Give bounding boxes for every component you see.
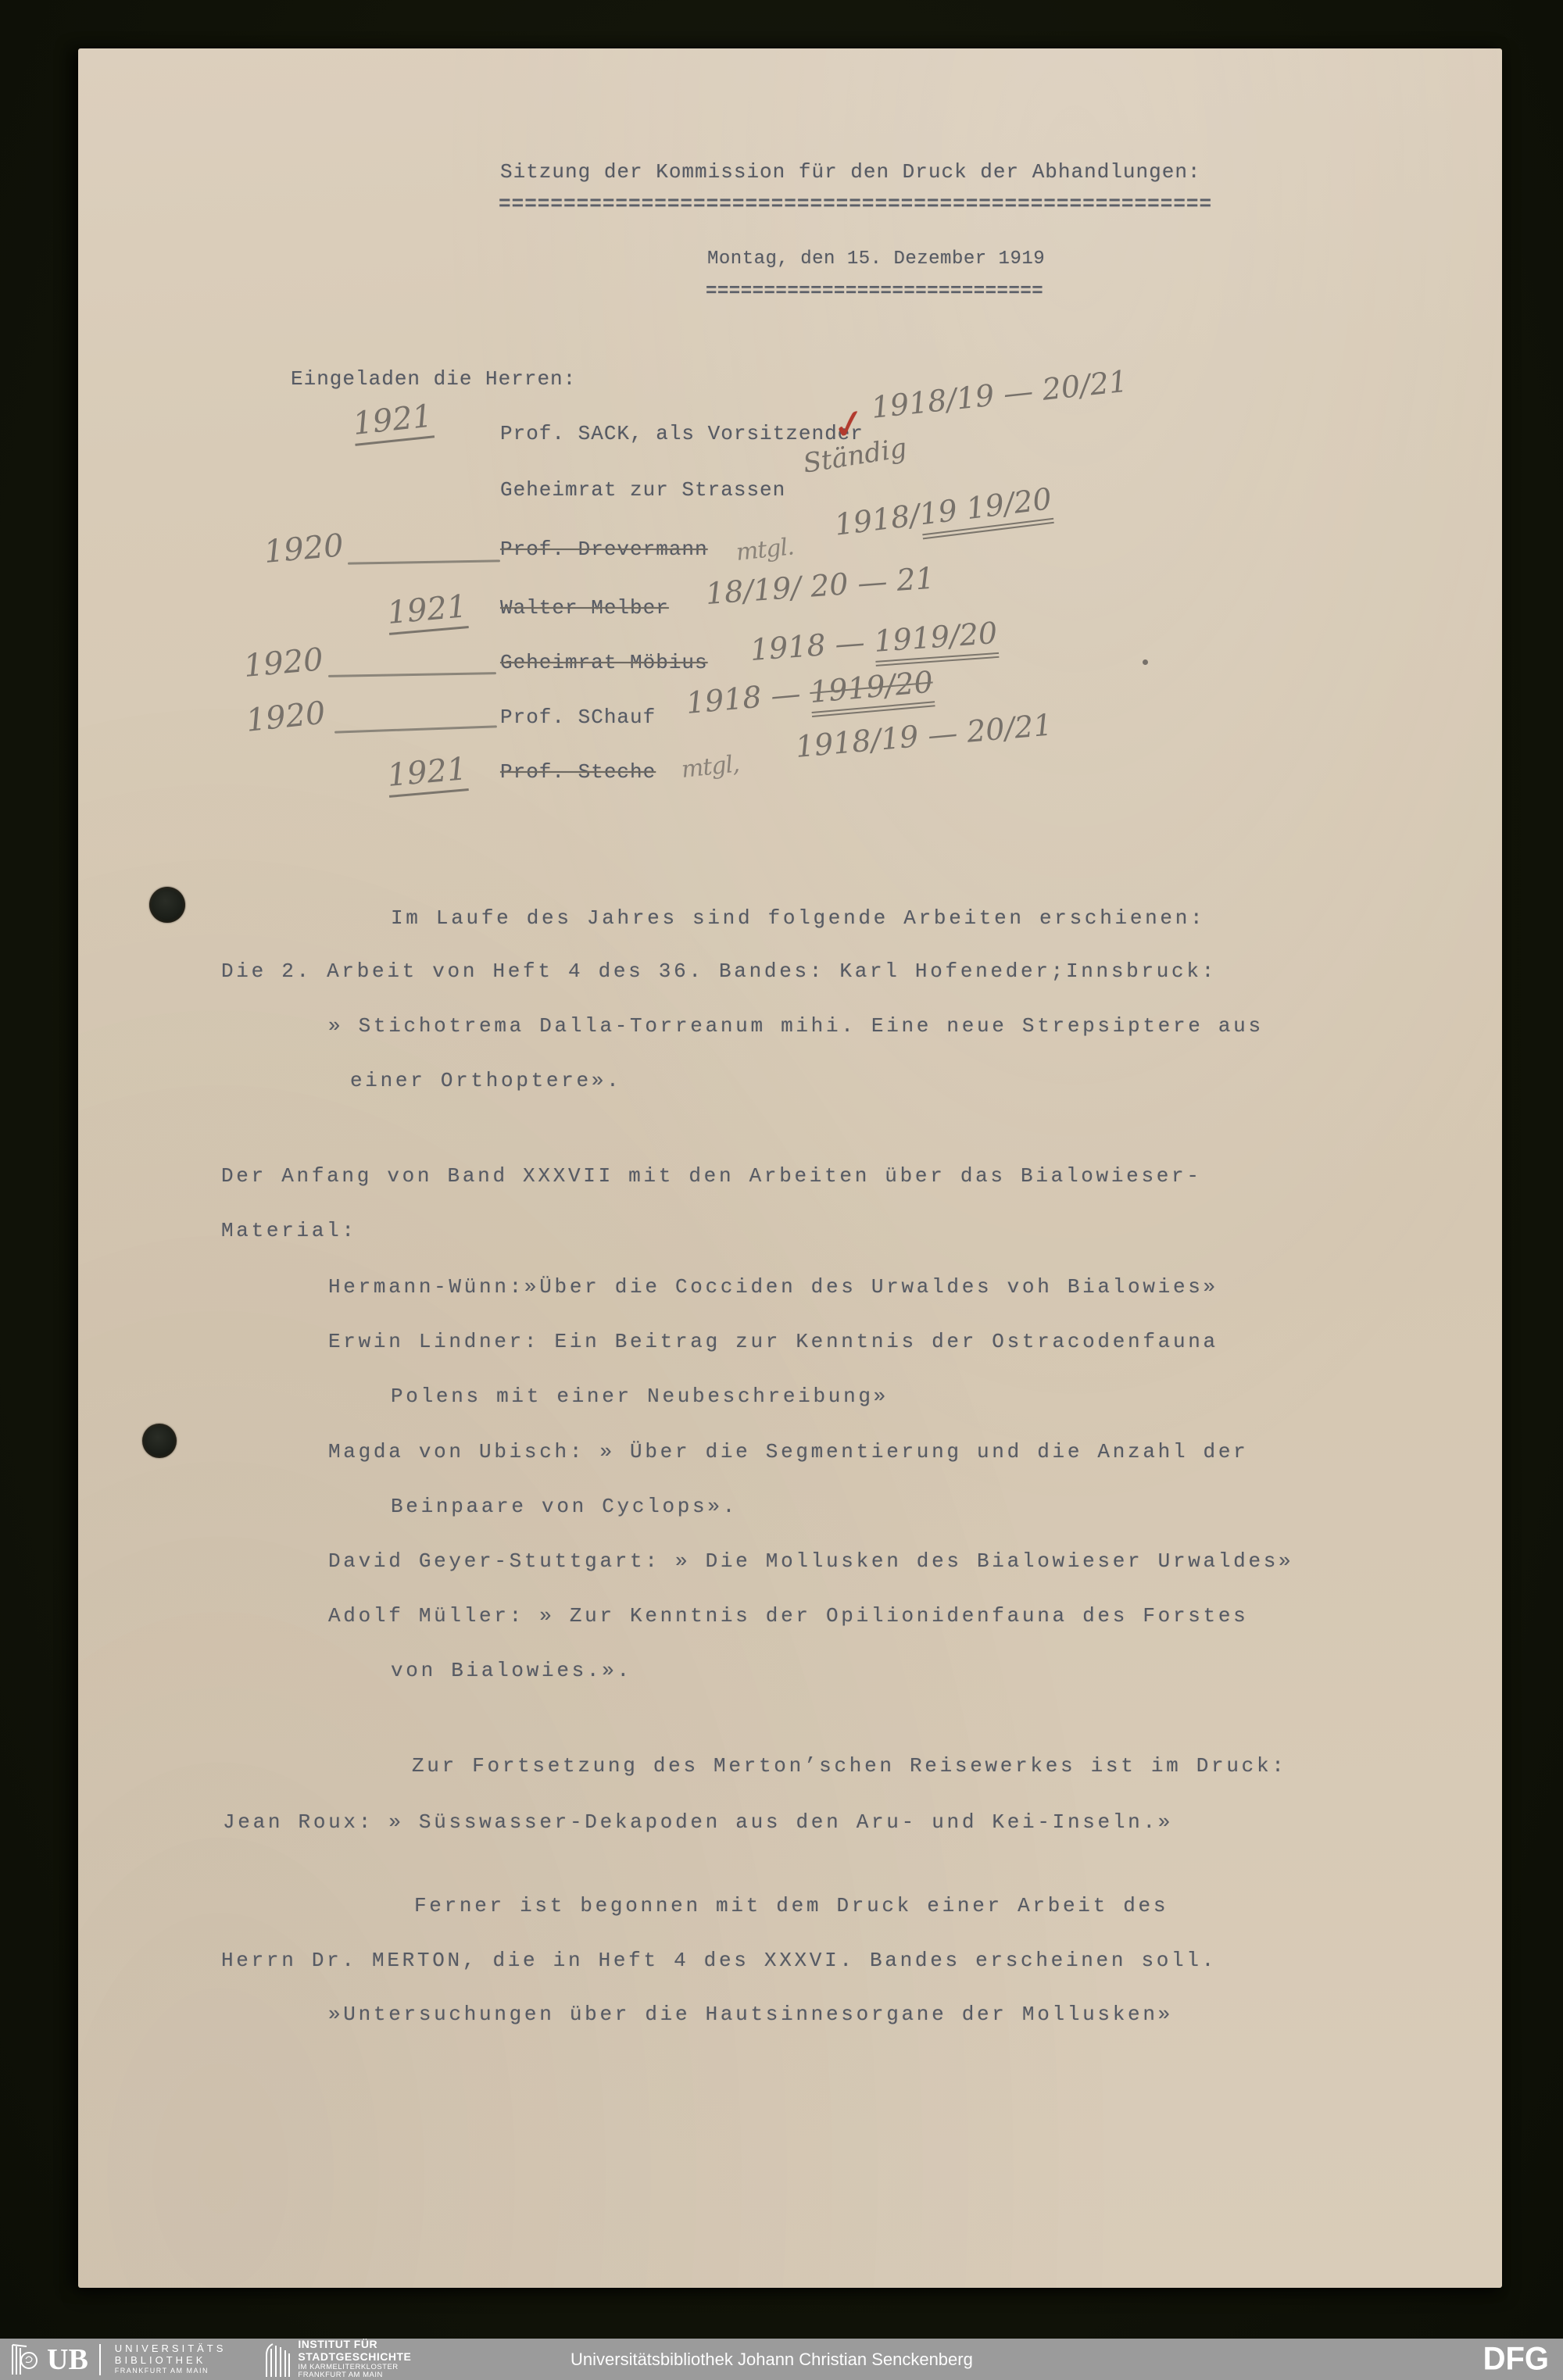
body-line: Zur Fortsetzung des Merton’schen Reisewe… — [412, 1754, 1287, 1778]
body-line: Erwin Lindner: Ein Beitrag zur Kenntnis … — [328, 1330, 1218, 1353]
document-page: Sitzung der Kommission für den Druck der… — [78, 48, 1502, 2288]
hw-year: 1921 — [386, 588, 469, 635]
body-line: Material: — [221, 1219, 357, 1242]
hw-note: 18/19/ 20 — 21 — [704, 561, 935, 611]
hw-note: 1918/19 — 20/21 — [870, 364, 1129, 425]
institut-line4: FRANKFURT AM MAIN — [298, 2371, 411, 2380]
body-line: Polens mit einer Neubeschreibung» — [391, 1385, 889, 1408]
ub-building-icon — [11, 2343, 39, 2376]
ub-line3: FRANKFURT AM MAIN — [115, 2367, 227, 2375]
body-line: Herrn Dr. MERTON, die in Heft 4 des XXXV… — [221, 1949, 1217, 1972]
hw-dash — [328, 672, 496, 677]
hw-note-underlined: 1919/20 — [873, 616, 999, 666]
body-line: David Geyer-Stuttgart: » Die Mollusken d… — [328, 1549, 1293, 1573]
invitee-name: Prof. Drevermann — [500, 538, 708, 561]
hw-year: 1921 — [386, 751, 469, 798]
body-line: Magda von Ubisch: » Über die Segmentieru… — [328, 1440, 1248, 1463]
logo-divider — [99, 2344, 101, 2375]
title-rule: ========================================… — [499, 192, 1212, 216]
body-line: von Bialowies.». — [391, 1659, 632, 1682]
hw-note-underlined: 19 19/20 — [917, 481, 1054, 539]
institut-text: INSTITUT FÜR STADTGESCHICHTE IM KARMELIT… — [298, 2339, 411, 2380]
hw-note: 1918 — 1919/20 — [685, 664, 934, 720]
hw-abbrev: mtgl, — [680, 750, 740, 784]
hw-dash — [334, 725, 497, 733]
hw-period-dot — [1143, 659, 1148, 665]
ub-logo: UB UNIVERSITÄTS BIBLIOTHEK FRANKFURT AM … — [11, 2343, 226, 2376]
invitee-name: Prof. SChauf — [500, 706, 656, 729]
body-line: Hermann-Wünn:»Über die Cocciden des Urwa… — [328, 1275, 1218, 1299]
body-line: Der Anfang von Band XXXVII mit den Arbei… — [221, 1164, 1202, 1188]
hw-note-plain: 1918 — — [685, 675, 811, 720]
invitee-name: Geheimrat zur Strassen — [500, 478, 785, 502]
library-attribution: Universitätsbibliothek Johann Christian … — [570, 2350, 973, 2370]
invitee-name: Prof. Steche — [500, 760, 656, 784]
punch-hole-top — [149, 887, 185, 923]
body-line: Jean Roux: » Süsswasser-Dekapoden aus de… — [223, 1810, 1173, 1834]
karmeliterkloster-arch-icon — [263, 2342, 290, 2377]
body-line: »Untersuchungen über die Hautsinnesorgan… — [328, 2003, 1173, 2026]
ub-line1: UNIVERSITÄTS — [115, 2343, 227, 2355]
hw-note: 1918/19 — 20/21 — [794, 707, 1053, 764]
hw-year: 1920 — [263, 527, 345, 570]
body-line: einer Orthoptere». — [350, 1069, 621, 1092]
doc-date: Montag, den 15. Dezember 1919 — [707, 248, 1045, 270]
date-rule: ============================= — [706, 281, 1043, 302]
invitee-name: Geheimrat Möbius — [500, 651, 708, 674]
hw-note: 1918 — 1919/20 — [749, 616, 998, 667]
hw-year: 1920 — [242, 641, 324, 684]
ub-line2: BIBLIOTHEK — [115, 2355, 227, 2367]
hw-dash — [348, 559, 500, 564]
body-line: » Stichotrema Dalla-Torreanum mihi. Eine… — [328, 1014, 1264, 1038]
body-line: Die 2. Arbeit von Heft 4 des 36. Bandes:… — [221, 960, 1217, 983]
body-line: Adolf Müller: » Zur Kenntnis der Opilion… — [328, 1604, 1248, 1628]
hw-year: 1921 — [351, 398, 435, 445]
body-line: Beinpaare von Cyclops». — [391, 1495, 738, 1518]
institut-logo: INSTITUT FÜR STADTGESCHICHTE IM KARMELIT… — [263, 2339, 411, 2380]
body-line: Im Laufe des Jahres sind folgende Arbeit… — [391, 906, 1205, 930]
punch-hole-bottom — [142, 1424, 177, 1458]
hw-year: 1920 — [245, 695, 327, 738]
hw-note-plain: 1918 — — [749, 624, 875, 667]
hw-note: 1918/19 19/20 — [832, 481, 1053, 542]
institut-line1: INSTITUT FÜR — [298, 2339, 411, 2351]
invitee-name: Walter Melber — [500, 596, 669, 620]
body-line: Ferner ist begonnen mit dem Druck einer … — [414, 1894, 1168, 1917]
scan-background: Sitzung der Kommission für den Druck der… — [0, 0, 1563, 2380]
hw-note-plain: 1918/ — [832, 498, 921, 542]
attribution-bar: UB UNIVERSITÄTS BIBLIOTHEK FRANKFURT AM … — [0, 2339, 1563, 2380]
ub-text: UNIVERSITÄTS BIBLIOTHEK FRANKFURT AM MAI… — [115, 2343, 227, 2375]
hw-note-underlined: 1919/20 — [808, 664, 935, 717]
ub-abbr: UB — [47, 2345, 88, 2375]
invitee-name: Prof. SACK, als Vorsitzender — [500, 422, 864, 445]
invited-heading: Eingeladen die Herren: — [291, 367, 576, 391]
institut-line2: STADTGESCHICHTE — [298, 2351, 411, 2364]
doc-title: Sitzung der Kommission für den Druck der… — [500, 160, 1201, 184]
hw-abbrev: mtgl. — [735, 533, 795, 566]
dfg-logo: DFG — [1483, 2341, 1549, 2378]
